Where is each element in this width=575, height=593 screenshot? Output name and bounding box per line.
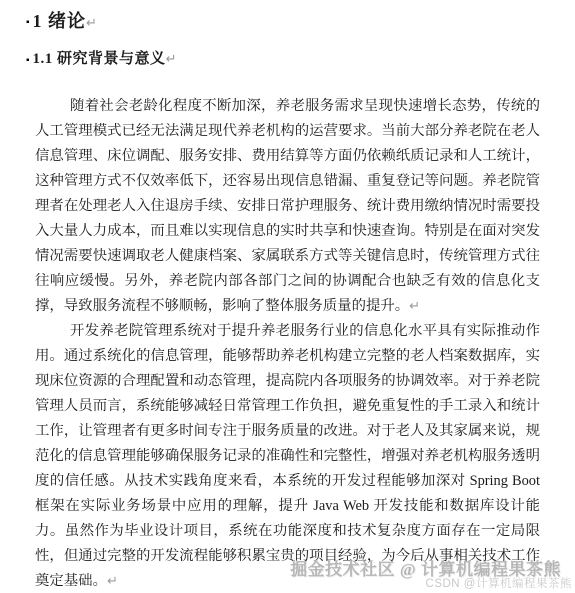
- paragraph-return-mark-icon: ↵: [86, 16, 97, 31]
- outline-square-marker-icon: ▪: [26, 52, 30, 69]
- heading-level-1-text: 1 绪论: [33, 11, 87, 31]
- paragraph-return-mark-icon: ↵: [409, 299, 420, 314]
- paragraph-text: 开发养老院管理系统对于提升养老服务行业的信息化水平具有实际推动作用。通过系统化的…: [35, 323, 540, 589]
- outline-square-marker-icon: ▪: [26, 13, 30, 33]
- body-paragraph-1: 随着社会老龄化程度不断加深，养老服务需求呈现快速增长态势，传统的人工管理模式已经…: [35, 94, 540, 319]
- paragraph-return-mark-icon: ↵: [107, 574, 118, 589]
- heading-level-2: ▪1.1 研究背景与意义↵: [35, 51, 540, 69]
- paragraph-text: 随着社会老龄化程度不断加深，养老服务需求呈现快速增长态势，传统的人工管理模式已经…: [35, 98, 540, 314]
- body-paragraph-2: 开发养老院管理系统对于提升养老服务行业的信息化水平具有实际推动作用。通过系统化的…: [35, 319, 540, 593]
- heading-level-2-text: 1.1 研究背景与意义: [33, 51, 166, 67]
- heading-level-1: ▪1 绪论↵: [35, 11, 540, 34]
- watermark-csdn: CSDN @计算机编程果茶熊: [426, 575, 572, 591]
- document-page: ▪1 绪论↵ ▪1.1 研究背景与意义↵ 随着社会老龄化程度不断加深，养老服务需…: [0, 0, 575, 593]
- paragraph-return-mark-icon: ↵: [166, 52, 177, 67]
